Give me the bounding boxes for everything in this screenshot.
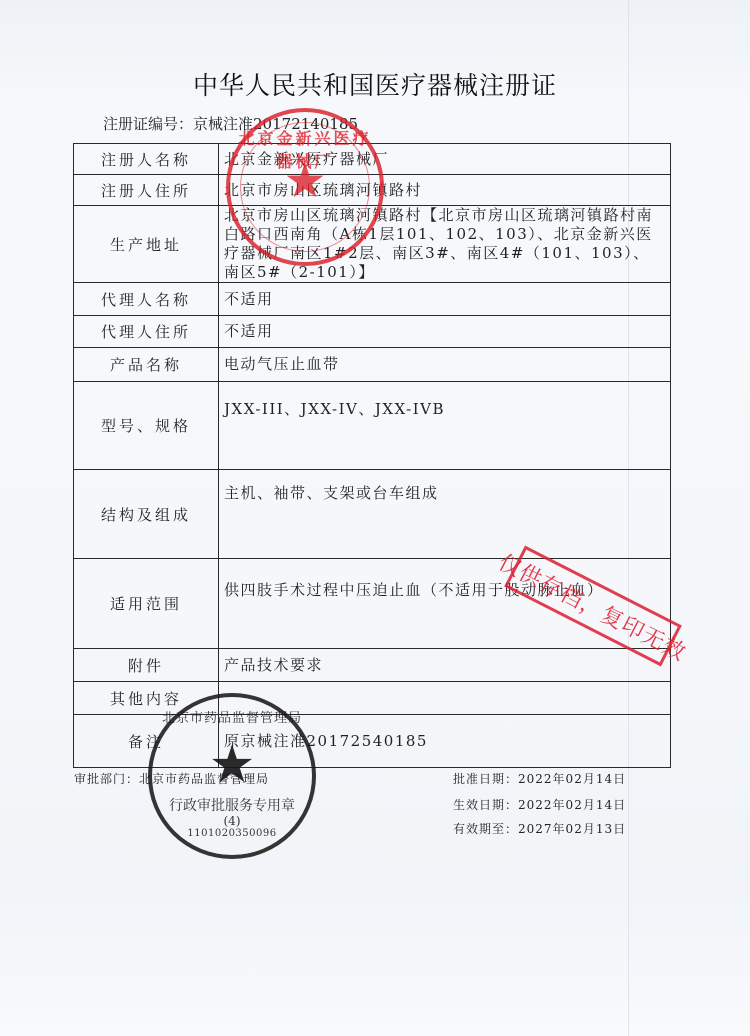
document-title: 中华人民共和国医疗器械注册证 (0, 66, 750, 102)
row-label: 附件 (74, 649, 219, 682)
row-label: 代理人住所 (74, 316, 219, 348)
row-label: 注册人名称 (74, 144, 219, 175)
effective-date: 2022年02月14日 (518, 798, 626, 812)
table-row-registrant-name: 注册人名称 北京金新兴医疗器械厂 (74, 144, 671, 175)
row-value: 供四肢手术过程中压迫止血（不适用于股动脉止血） (219, 559, 671, 649)
row-label: 适用范围 (74, 559, 219, 649)
row-label: 型号、规格 (74, 382, 219, 470)
registration-number: 京械注准20172140185 (193, 115, 358, 133)
registration-number-line: 注册证编号：京械注准20172140185 (103, 113, 358, 134)
table-row-attachment: 附件 产品技术要求 (74, 649, 671, 682)
row-value: 北京市房山区琉璃河镇路村【北京市房山区琉璃河镇路村南白路口西南角（A栋1层101… (219, 206, 671, 283)
table-row-model-spec: 型号、规格 JXX-III、JXX-IV、JXX-IVB (74, 382, 671, 470)
row-label: 结构及组成 (74, 470, 219, 559)
registration-number-label: 注册证编号： (103, 115, 193, 133)
row-label: 产品名称 (74, 348, 219, 382)
table-row-product-name: 产品名称 电动气压止血带 (74, 348, 671, 382)
table-row-other: 其他内容 (74, 682, 671, 715)
approval-dept: 北京市药品监督管理局 (139, 772, 269, 786)
effective-date-label: 生效日期： (453, 798, 518, 812)
row-value: 主机、袖带、支架或台车组成 (219, 470, 671, 559)
row-label: 代理人名称 (74, 283, 219, 316)
expiry-date: 2027年02月13日 (518, 822, 626, 836)
effective-date-line: 生效日期：2022年02月14日 (453, 796, 626, 813)
row-value: 北京金新兴医疗器械厂 (219, 144, 671, 175)
expiry-date-line: 有效期至：2027年02月13日 (453, 820, 626, 837)
row-label: 生产地址 (74, 206, 219, 283)
approval-date: 2022年02月14日 (518, 772, 626, 786)
row-label: 备注 (74, 715, 219, 768)
row-value: JXX-III、JXX-IV、JXX-IVB (219, 382, 671, 470)
row-value: 电动气压止血带 (219, 348, 671, 382)
approval-dept-line: 审批部门：北京市药品监督管理局 (74, 770, 269, 787)
row-value: 不适用 (219, 316, 671, 348)
row-value: 原京械注准20172540185 (219, 715, 671, 768)
table-row-remarks: 备注 原京械注准20172540185 (74, 715, 671, 768)
table-row-agent-address: 代理人住所 不适用 (74, 316, 671, 348)
table-row-agent-name: 代理人名称 不适用 (74, 283, 671, 316)
approval-date-line: 批准日期：2022年02月14日 (453, 770, 626, 787)
row-value: 产品技术要求 (219, 649, 671, 682)
table-row-structure: 结构及组成 主机、袖带、支架或台车组成 (74, 470, 671, 559)
row-value: 不适用 (219, 283, 671, 316)
table-row-registrant-address: 注册人住所 北京市房山区琉璃河镇路村 (74, 175, 671, 206)
approval-date-label: 批准日期： (453, 772, 518, 786)
row-value: 北京市房山区琉璃河镇路村 (219, 175, 671, 206)
row-value (219, 682, 671, 715)
row-label: 其他内容 (74, 682, 219, 715)
table-row-scope: 适用范围 供四肢手术过程中压迫止血（不适用于股动脉止血） (74, 559, 671, 649)
certificate-table: 注册人名称 北京金新兴医疗器械厂 注册人住所 北京市房山区琉璃河镇路村 生产地址… (73, 143, 671, 768)
expiry-date-label: 有效期至： (453, 822, 518, 836)
approval-dept-label: 审批部门： (74, 772, 139, 786)
table-row-production-address: 生产地址 北京市房山区琉璃河镇路村【北京市房山区琉璃河镇路村南白路口西南角（A栋… (74, 206, 671, 283)
row-label: 注册人住所 (74, 175, 219, 206)
